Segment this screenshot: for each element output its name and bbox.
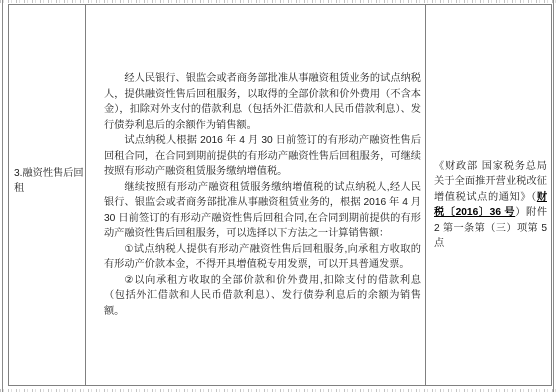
- tax-policy-table: 3.融资性售后回租 经人民银行、银监会或者商务部批准从事融资租赁业务的试点纳税人…: [8, 4, 552, 386]
- table-row: 3.融资性售后回租 经人民银行、银监会或者商务部批准从事融资租赁业务的试点纳税人…: [9, 5, 552, 386]
- policy-paragraph-2: 试点纳税人根据 2016 年 4 月 30 日前签订的有形动产融资性售后回租合同…: [104, 133, 421, 180]
- policy-cell: 经人民银行、银监会或者商务部批准从事融资租赁业务的试点纳税人，提供融资性售后回租…: [86, 5, 426, 386]
- policy-paragraph-5: ②以向承租方收取的全部价款和价外费用,扣除支付的借款利息（包括外汇借款和人民币借…: [104, 273, 421, 320]
- policy-paragraph-3: 继续按照有形动产融资租赁服务缴纳增值税的试点纳税人,经人民银行、银监会或者商务部…: [104, 180, 421, 242]
- reference-text: 《财政部 国家税务总局关于全面推开营业税改征增值税试点的通知》（财税〔2016〕…: [426, 159, 551, 252]
- policy-paragraph-1: 经人民银行、银监会或者商务部批准从事融资租赁业务的试点纳税人，提供融资性售后回租…: [104, 71, 421, 133]
- reference-cell: 《财政部 国家税务总局关于全面推开营业税改征增值税试点的通知》（财税〔2016〕…: [426, 5, 552, 386]
- policy-paragraph-4: ①试点纳税人提供有形动产融资性售后回租服务,向承租方收取的有形动产价款本金，不得…: [104, 242, 421, 273]
- clipped-row-above: [0, 0, 556, 3]
- page-right-edge: [553, 0, 554, 392]
- reference-prefix: 《财政部 国家税务总局关于全面推开营业税改征增值税试点的通知》（: [434, 161, 547, 203]
- item-label: 3.融资性售后回租: [9, 166, 85, 197]
- item-cell: 3.融资性售后回租: [9, 5, 86, 386]
- document-page: 3.融资性售后回租 经人民银行、银监会或者商务部批准从事融资租赁业务的试点纳税人…: [0, 0, 556, 392]
- policy-paragraphs: 经人民银行、银监会或者商务部批准从事融资租赁业务的试点纳税人，提供融资性售后回租…: [86, 71, 425, 319]
- page-left-edge: [2, 0, 3, 392]
